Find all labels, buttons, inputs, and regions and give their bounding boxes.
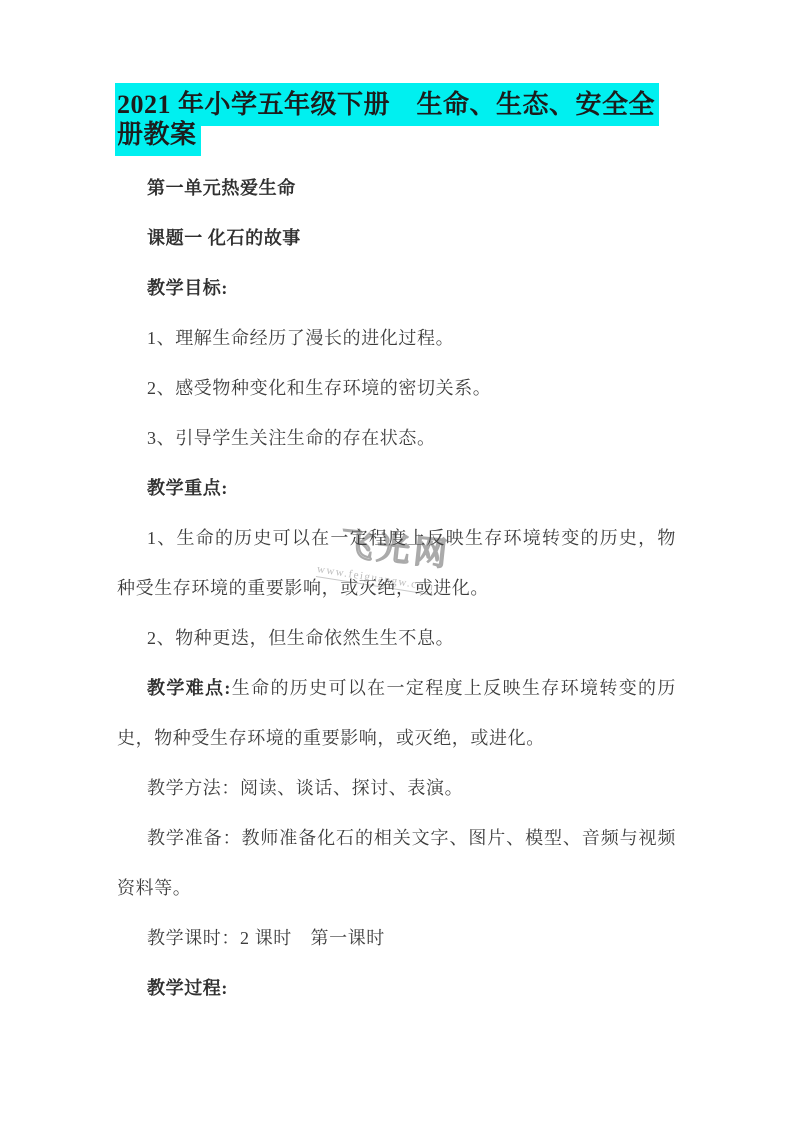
document-title: 2021 年小学五年级下册 生命、生态、安全全册教案	[115, 90, 676, 150]
unit-heading: 第一单元热爱生命	[117, 163, 676, 213]
objective-item-3: 3、引导学生关注生命的存在状态。	[117, 413, 676, 463]
objective-item-1: 1、理解生命经历了漫长的进化过程。	[117, 313, 676, 363]
key-point-2: 2、物种更迭，但生命依然生生不息。	[117, 613, 676, 663]
key-point-1: 1、生命的历史可以在一定程度上反映生存环境转变的历史，物种受生存环境的重要影响，…	[117, 513, 676, 613]
lesson-heading: 课题一 化石的故事	[117, 213, 676, 263]
document-page: 飞光网 www.feiguangw.com 2021 年小学五年级下册 生命、生…	[0, 0, 793, 1122]
process-label: 教学过程:	[117, 963, 676, 1013]
key-points-label: 教学重点:	[117, 463, 676, 513]
document-content: 2021 年小学五年级下册 生命、生态、安全全册教案 第一单元热爱生命 课题一 …	[0, 0, 793, 1013]
periods-paragraph: 教学课时：2 课时 第一课时	[117, 913, 676, 963]
objective-item-2: 2、感受物种变化和生存环境的密切关系。	[117, 363, 676, 413]
difficulty-label: 教学难点:	[147, 678, 231, 698]
difficulty-paragraph: 教学难点:生命的历史可以在一定程度上反映生存环境转变的历史，物种受生存环境的重要…	[117, 663, 676, 763]
preparation-paragraph: 教学准备：教师准备化石的相关文字、图片、模型、音频与视频资料等。	[117, 813, 676, 913]
title-highlight: 2021 年小学五年级下册 生命、生态、安全全册教案	[115, 83, 659, 156]
objectives-label: 教学目标:	[117, 263, 676, 313]
method-paragraph: 教学方法：阅读、谈话、探讨、表演。	[117, 763, 676, 813]
